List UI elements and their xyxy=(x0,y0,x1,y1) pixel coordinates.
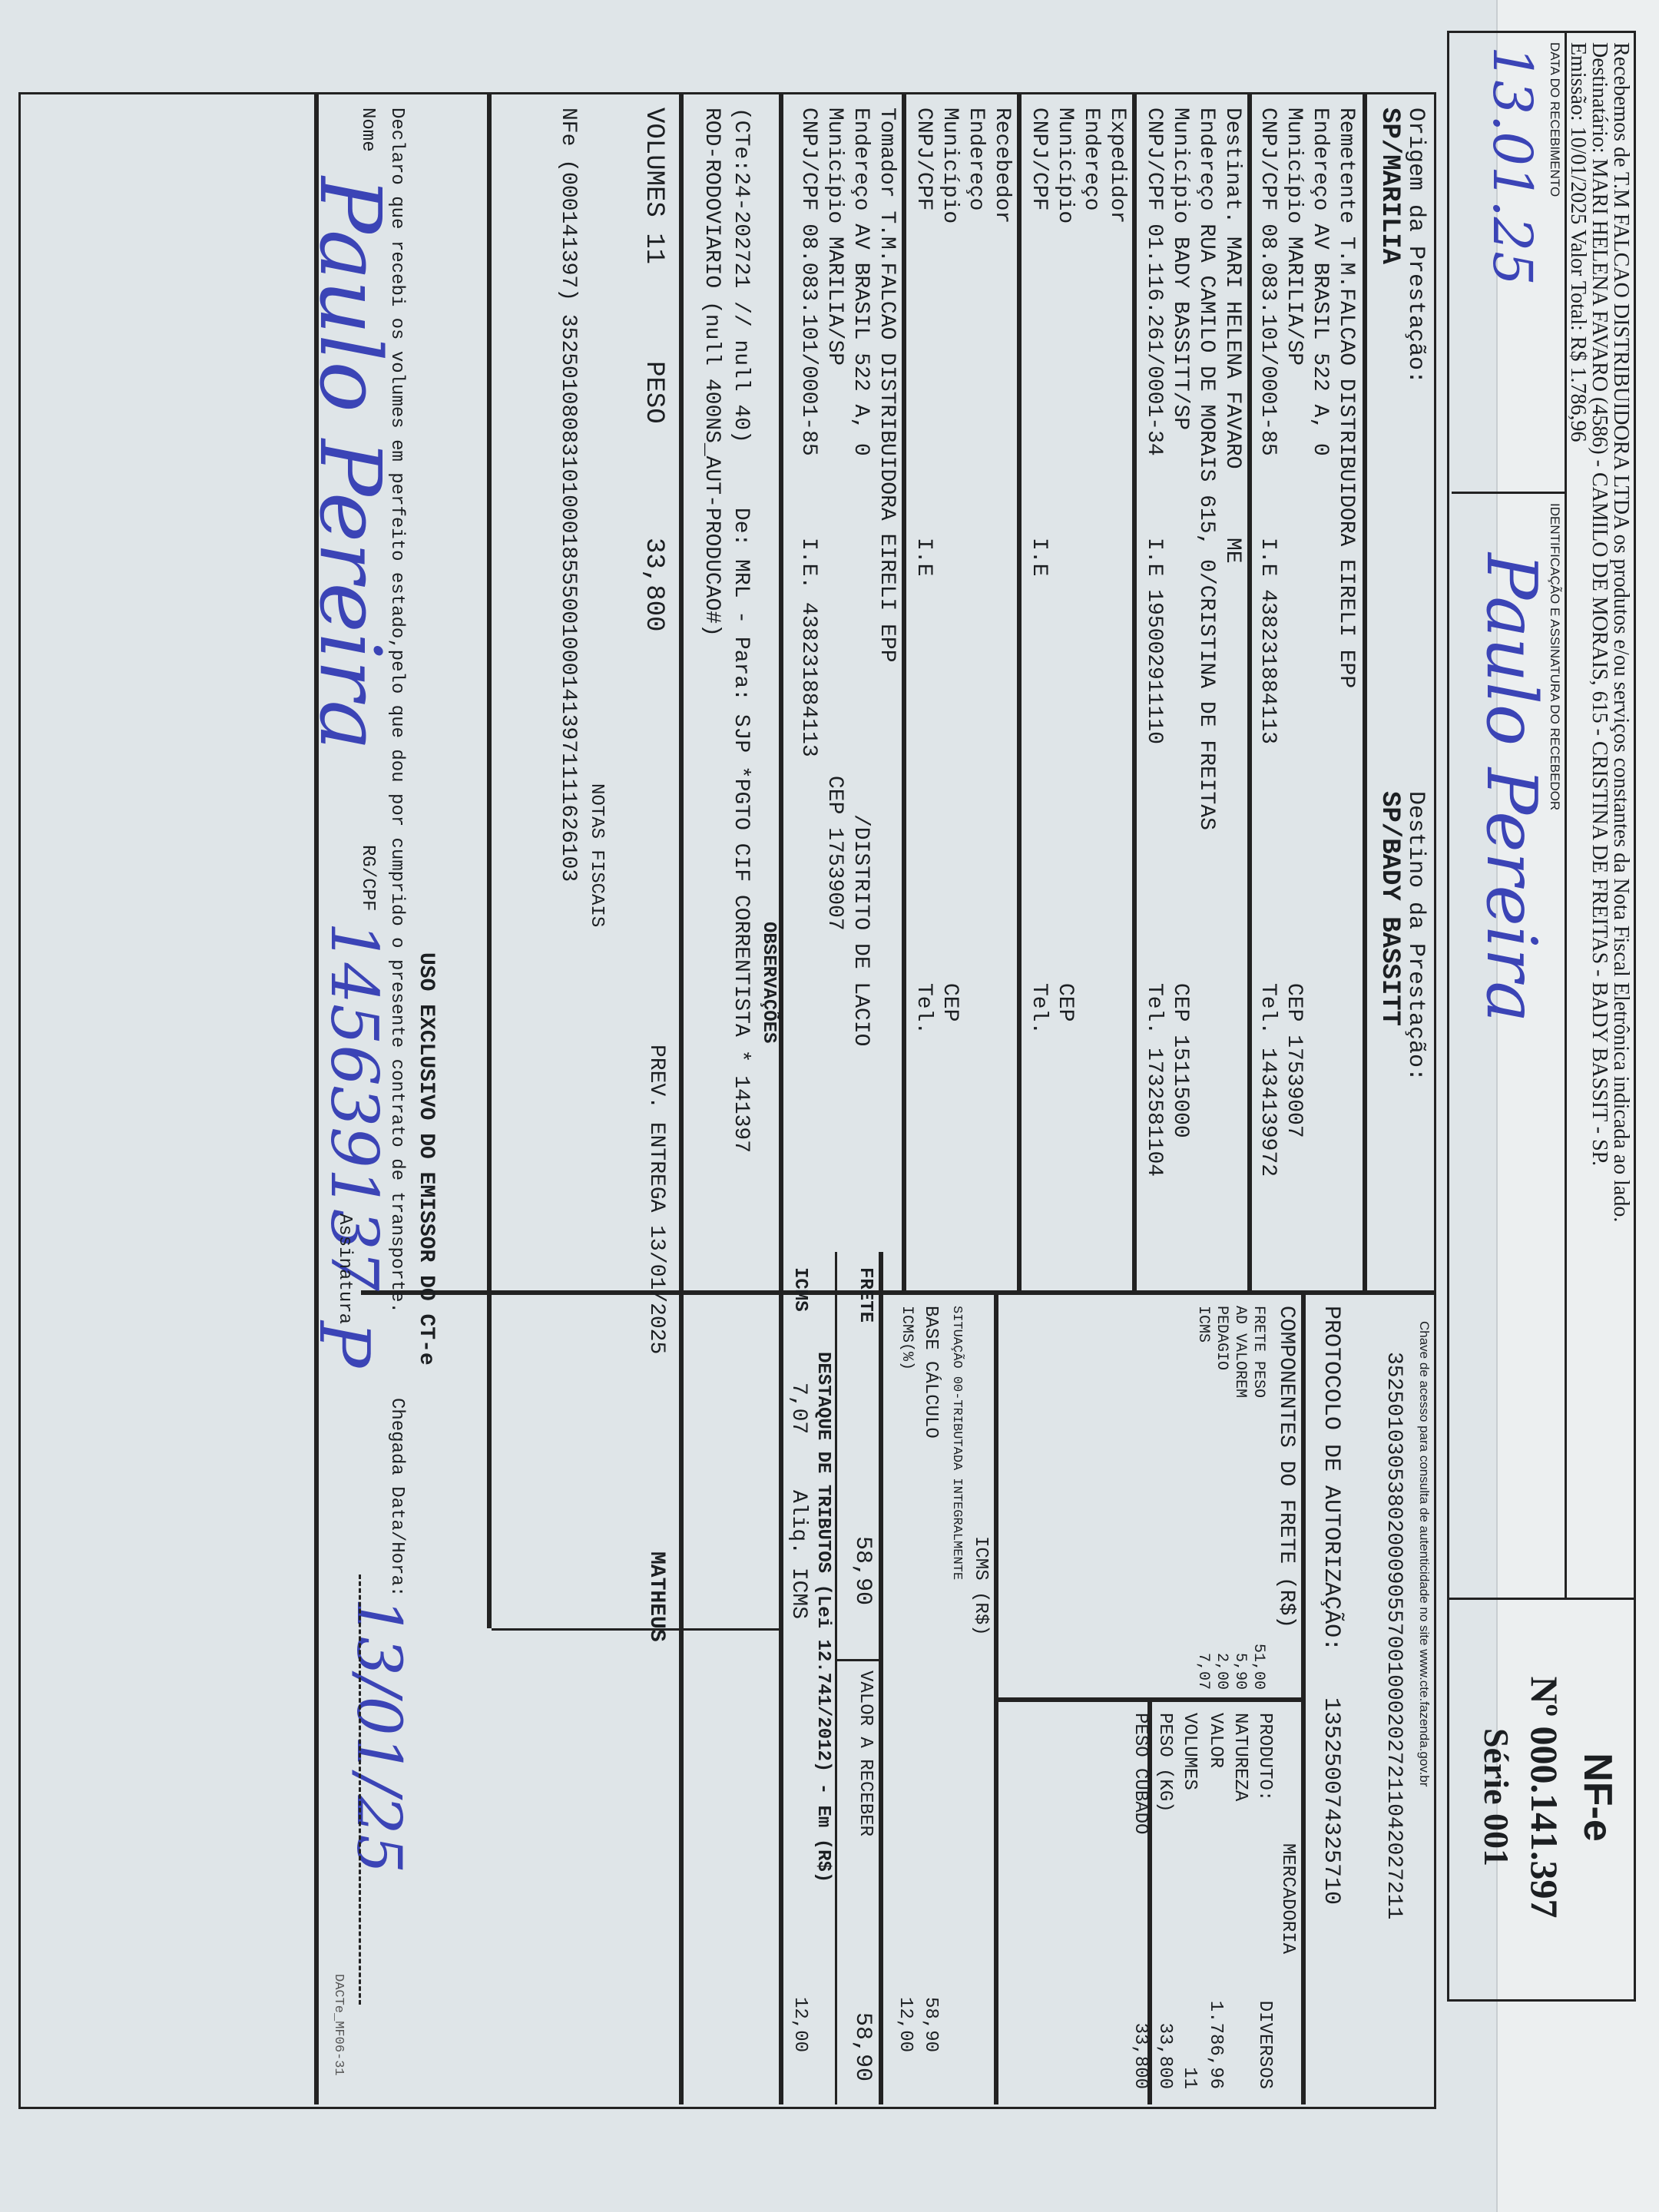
signature-handwritten: Paulo Pereira xyxy=(1471,553,1551,1022)
mercadoria-label: PRODUTO: xyxy=(1250,1713,1275,1801)
assinatura-label: Assinatura xyxy=(334,1214,355,1324)
destinatario-tel: 1732581104 xyxy=(1142,1048,1166,1177)
dacte-document: Recebemos de T.M FALCAO DISTRIBUIDORA LT… xyxy=(0,0,1659,2212)
expedidor-label: Expedidor xyxy=(1105,108,1129,224)
form-code: DACTe_MF06-31 xyxy=(331,1974,346,2076)
recebedor-cep-label: CEP xyxy=(938,983,962,1022)
destinatario-endereco-label: Endereço xyxy=(1194,108,1218,210)
tomador-ie-label: I.E. xyxy=(796,538,820,589)
mercadoria-value: 1.786,96 xyxy=(1200,2001,1226,2089)
mercadoria-label: PESO (KG) xyxy=(1151,1713,1175,1813)
valor-receber-label: VALOR A RECEBER xyxy=(855,1671,876,1836)
protocolo-value: 135250074325710 xyxy=(1318,1697,1344,1905)
tributos-aliq-value: 12,00 xyxy=(790,1997,810,2052)
mercadoria-title: MERCADORIA xyxy=(1277,1843,1298,1954)
componente-label: FRETE PESO xyxy=(1249,1306,1267,1398)
frete-label: FRETE xyxy=(855,1267,876,1323)
destinatario-ie-label: I.E xyxy=(1142,538,1166,576)
destino-label: Destino da Prestação: xyxy=(1402,791,1429,1081)
expedidor-municipio-label: Município xyxy=(1053,108,1077,224)
remetente-name: T.M.FALCAO DISTRIBUIDORA EIRELI EPP xyxy=(1334,237,1358,688)
mercadoria-label: VOLUMES xyxy=(1175,1713,1200,1790)
tomador-municipio-label: Município xyxy=(823,108,846,224)
recebedor-cnpj-label: CNPJ/CPF xyxy=(912,108,935,210)
tomador-cnpj: 08.083.101/0001-85 xyxy=(796,224,820,455)
mercadoria-label: VALOR xyxy=(1200,1713,1226,1768)
tomador-cnpj-label: CNPJ/CPF xyxy=(796,108,820,210)
icms-aliquota-value: 12,00 xyxy=(895,1997,916,2052)
remetente-municipio: MARILIA/SP xyxy=(1282,237,1306,366)
tomador-distrito: /DISTRITO DE LACIO xyxy=(849,814,873,1046)
destinatario-name: MARI HELENA FAVARO xyxy=(1220,237,1244,469)
tomador-municipio: MARILIA/SP xyxy=(823,237,846,366)
recebedor-tel-label: Tel. xyxy=(912,983,935,1035)
tomador-label: Tomador xyxy=(875,108,899,198)
expedidor-tel-label: Tel. xyxy=(1027,983,1051,1035)
destinatario-municipio: BADY BASSITT/SP xyxy=(1168,237,1192,430)
mercadoria-value: DIVERSOS xyxy=(1250,2001,1275,2089)
prev-entrega-value: 13/01/2025 xyxy=(644,1225,668,1354)
destinatario-suffix: ME xyxy=(1220,538,1244,564)
mercadoria-row: VALOR1.786,96 xyxy=(1200,1713,1226,2089)
tributos-icms-label: ICMS xyxy=(790,1267,810,1312)
nfe-reference: NFe (000141397) 352501080831010001855500… xyxy=(556,108,580,882)
protocolo-label: PROTOCOLO DE AUTORIZAÇÃO: xyxy=(1318,1306,1344,1651)
recebedor-municipio-label: Município xyxy=(938,108,962,224)
receipt-line-3: Emissão: 10/01/2025 Valor Total: R$ 1.78… xyxy=(1565,42,1590,442)
icms-base-label: BASE CÁLCULO xyxy=(920,1306,941,1439)
destinatario-cep-label: CEP xyxy=(1168,983,1192,1022)
nfe-number: Nº 000.141.397 xyxy=(1522,1598,1567,1997)
tomador-name: T.M.FALCAO DISTRIBUIDORA EIRELI EPP xyxy=(875,210,899,662)
destinatario-endereco: RUA CAMILO DE MORAIS 615, 0/CRISTINA DE … xyxy=(1194,224,1218,830)
mercadoria-label: NATUREZA xyxy=(1226,1713,1250,1801)
remetente-cep: 17539007 xyxy=(1282,1035,1306,1137)
observacoes-line-1: (CTe:24-202721 // null 40) De: MRL - Par… xyxy=(729,108,753,1153)
expedidor-cnpj-label: CNPJ/CPF xyxy=(1027,108,1051,210)
destinatario-cep: 15115000 xyxy=(1168,1035,1192,1137)
icms-situacao: SITUAÇÃO 00-TRIBUTADA INTEGRALMENTE xyxy=(949,1306,964,1580)
tomador-endereco-label: Endereço xyxy=(849,108,873,210)
remetente-tel-label: Tel. xyxy=(1256,983,1280,1035)
recebedor-label: Recebedor xyxy=(990,108,1014,224)
remetente-endereco-label: Endereço xyxy=(1308,108,1332,210)
mercadoria-value: 33,800 xyxy=(1151,2023,1175,2089)
destinatario-municipio-label: Município xyxy=(1168,108,1192,224)
mercadoria-row: PESO (KG)33,800 xyxy=(1151,1713,1175,2089)
componente-row: ICMS7,07 xyxy=(1194,1306,1212,1690)
expedidor-ie-label: I.E xyxy=(1027,538,1051,576)
date-received-handwritten: 13.01.25 xyxy=(1481,46,1544,286)
tomador-ie: 438231884113 xyxy=(796,602,820,757)
remetente-endereco: AV BRASIL 522 A, 0 xyxy=(1308,224,1332,455)
componente-label: PEDAGIO xyxy=(1212,1306,1230,1370)
remetente-label: Remetente xyxy=(1334,108,1358,224)
prev-entrega-label: PREV. ENTREGA xyxy=(644,1045,668,1212)
icms-aliquota-label: ICMS(%) xyxy=(898,1306,916,1370)
receipt-line-2: Destinatário: MARI HELENA FAVARO (4586) … xyxy=(1587,42,1611,1166)
remetente-cnpj-label: CNPJ/CPF xyxy=(1256,108,1280,210)
destino-value: SP/BADY BASSITT xyxy=(1375,791,1404,1026)
componente-row: FRETE PESO51,00 xyxy=(1249,1306,1267,1690)
date-received-label: DATA DO RECEBIMENTO xyxy=(1547,42,1562,197)
observacoes-title: OBSERVAÇÕES xyxy=(758,922,779,1043)
chave-label: Chave de acesso para consulta de autenti… xyxy=(1416,1321,1432,1786)
nfe-series: Série 001 xyxy=(1476,1598,1517,1997)
notas-fiscais-title: NOTAS FISCAIS xyxy=(586,783,607,927)
tributos-aliq-label: Aliq. ICMS xyxy=(786,1490,810,1619)
origem-label: Origem da Prestação: xyxy=(1402,108,1429,384)
destinatario-cnpj: 01.116.261/0001-34 xyxy=(1142,224,1166,455)
icms-base-value: 58,90 xyxy=(920,1997,941,2052)
rg-label: RG/CPF xyxy=(357,845,378,911)
remetente-ie: 438231884113 xyxy=(1256,589,1280,744)
peso-label: PESO xyxy=(639,361,668,424)
mercadoria-row: PRODUTO:DIVERSOS xyxy=(1250,1713,1275,2089)
mercadoria-row: VOLUMES11 xyxy=(1175,1713,1200,2089)
destinatario-tel-label: Tel. xyxy=(1142,983,1166,1035)
nome-label: Nome xyxy=(357,108,378,152)
componente-value: 2,00 xyxy=(1212,1653,1230,1690)
destinatario-cnpj-label: CNPJ/CPF xyxy=(1142,108,1166,210)
componente-row: PEDAGIO2,00 xyxy=(1212,1306,1230,1690)
componente-value: 5,90 xyxy=(1230,1653,1249,1690)
tomador-cep: 17539007 xyxy=(823,827,846,930)
origem-value: SP/MARILIA xyxy=(1375,108,1404,264)
componente-value: 51,00 xyxy=(1249,1644,1267,1690)
volumes-value: 11 xyxy=(639,233,668,264)
recebedor-endereco-label: Endereço xyxy=(964,108,988,210)
componente-value: 7,07 xyxy=(1194,1653,1212,1690)
tomador-cep-label: CEP xyxy=(823,776,846,814)
mercadoria-value: 11 xyxy=(1175,2067,1200,2089)
valor-receber-value: 58,90 xyxy=(849,2012,876,2081)
remetente-cnpj: 08.083.101/0001-85 xyxy=(1256,224,1280,455)
destinatario-ie: 195002911110 xyxy=(1142,589,1166,744)
nfe-title: NF-e xyxy=(1575,1598,1621,1997)
destinatario-label: Destinat. xyxy=(1220,108,1244,224)
volumes-label: VOLUMES xyxy=(639,108,668,217)
chegada-handwritten: 13/01/25 xyxy=(343,1598,415,1873)
observacoes-line-2: ROD-RODOVIARIO (null 400NS_AUT-PRODUCAO#… xyxy=(700,108,724,637)
frete-value: 58,90 xyxy=(849,1536,876,1605)
chegada-label: Chegada Data/Hora: xyxy=(386,1398,407,1597)
componente-label: ICMS xyxy=(1194,1306,1212,1343)
remetente-municipio-label: Município xyxy=(1282,108,1306,224)
tributos-icms-value: 7,07 xyxy=(786,1382,810,1434)
componentes-title: COMPONENTES DO FRETE (R$) xyxy=(1274,1306,1298,1628)
remetente-cep-label: CEP xyxy=(1282,983,1306,1022)
expedidor-cep-label: CEP xyxy=(1053,983,1077,1022)
receipt-line-1: Recebemos de T.M FALCAO DISTRIBUIDORA LT… xyxy=(1608,42,1633,1222)
icms-title: ICMS (R$) xyxy=(970,1536,991,1636)
componente-label: AD VALOREM xyxy=(1230,1306,1249,1398)
mercadoria-row: NATUREZA xyxy=(1226,1713,1250,2089)
componentes-list: FRETE PESO51,00AD VALOREM5,90PEDAGIO2,00… xyxy=(1194,1306,1267,1690)
chave-value: 3525010305380200090557001000202721104202… xyxy=(1382,1352,1406,1919)
remetente-tel: 1434139972 xyxy=(1256,1048,1280,1177)
expedidor-endereco-label: Endereço xyxy=(1079,108,1103,210)
uso-emissor-title: USO EXCLUSIVO DO EMISSOR DO CT-e xyxy=(414,952,438,1366)
remetente-ie-label: I.E xyxy=(1256,538,1280,576)
tomador-endereco: AV BRASIL 522 A, 0 xyxy=(849,224,873,455)
recebedor-ie-label: I.E xyxy=(912,538,935,576)
tributos-title: DESTAQUE DE TRIBUTOS (Lei 12.741/2012) -… xyxy=(813,1352,833,1883)
componente-row: AD VALOREM5,90 xyxy=(1230,1306,1249,1690)
peso-value: 33,800 xyxy=(639,538,668,631)
